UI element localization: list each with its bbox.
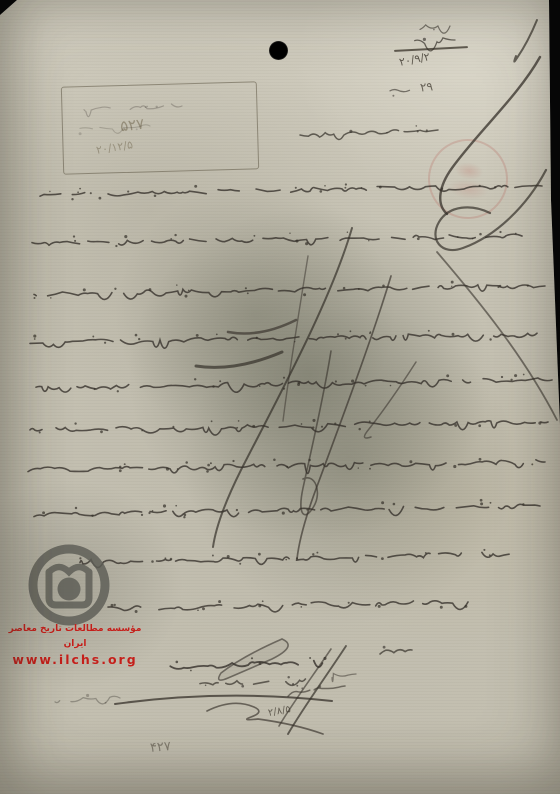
watermark-org-name: مؤسسه مطالعات تاریخ معاصر ایران	[2, 622, 148, 652]
archive-number: ۴۲۷	[149, 739, 171, 756]
watermark-credit: مؤسسه مطالعات تاریخ معاصر ایران www.ilch…	[2, 622, 148, 668]
document-paper: ۵۲۷ ۲۰/۱۲/۵ ۲۰/۹/۲ ۲۹ ۲/۸/۵ ۴۲۷ مؤسسه مط…	[0, 0, 560, 794]
watermark-url: www.ilchs.org	[2, 652, 148, 668]
scanned-document-photo: ۵۲۷ ۲۰/۱۲/۵ ۲۰/۹/۲ ۲۹ ۲/۸/۵ ۴۲۷ مؤسسه مط…	[0, 0, 560, 794]
handwriting-ink	[0, 0, 560, 794]
iichs-logo-icon	[27, 543, 111, 627]
